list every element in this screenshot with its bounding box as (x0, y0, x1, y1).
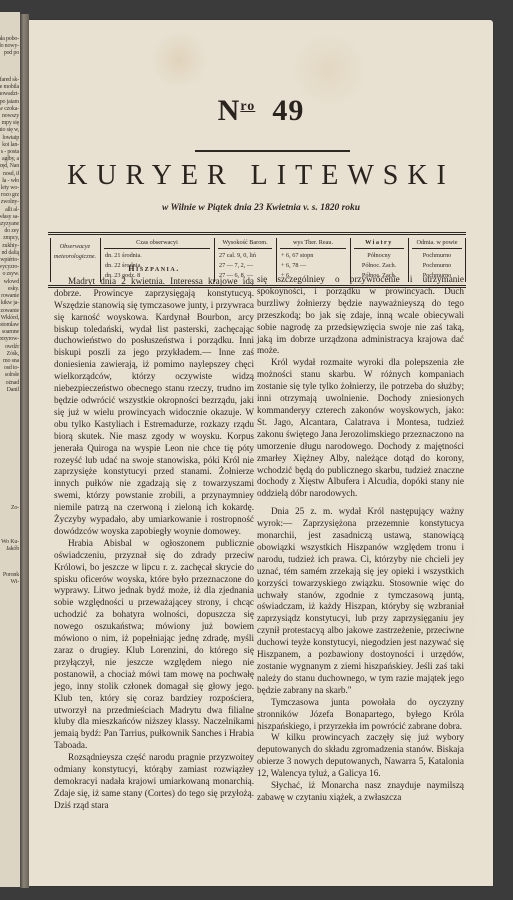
col-header: Czas obserwacyi (104, 238, 210, 249)
table-cell: Północ. Zach. (351, 261, 407, 271)
prev-page-text-fragment: fared sk- ie mobila nowadzt- spo jaiam w… (0, 77, 19, 394)
article-paragraph: się szczególniey o przywrócenie i utrzym… (257, 274, 464, 357)
book-gutter (20, 14, 29, 888)
col-header: Odmia. w powie (412, 238, 462, 249)
issue-number: Nro 49 (29, 94, 493, 128)
prev-page-text-fragment: Poronk Wi- (3, 572, 19, 586)
section-heading: Hiszpania. (54, 263, 254, 275)
col-header: Wiatry (354, 238, 404, 249)
article-paragraph: W kilku prowincyach zaczęły się już wybo… (257, 732, 464, 780)
article-paragraph: Słychać, iż Monarcha nasz znayduje naymi… (257, 780, 464, 804)
table-cell: + 6, 78 — (277, 261, 349, 271)
table-cell: Pochmurno (409, 251, 465, 261)
dateline: w Wilnie w Piątek dnia 23 Kwietnia v. s.… (29, 203, 493, 213)
masthead-rule (195, 150, 350, 152)
article-paragraph: Król wydał rozmaite wyroki dla polepszen… (257, 357, 464, 500)
article-paragraph: Dnia 25 z. m. wydał Król następujący waż… (257, 506, 464, 697)
prev-page-text-fragment: ała pobo- do nowy- pod po (0, 36, 19, 58)
table-cell: Północny (351, 251, 407, 261)
newspaper-title: KURYER LITEWSKI (29, 160, 493, 192)
number-sup: ro (240, 99, 255, 114)
article-column-right: się szczególniey o przywrócenie i utrzym… (257, 274, 464, 804)
article-paragraph: Madryt dnia 2 kwietnia. Interessa krajow… (54, 276, 254, 538)
prev-page-text-fragment: Zo- (11, 505, 19, 512)
prev-page-text-fragment: Wo Ku- Jakób (1, 539, 19, 553)
article-paragraph: Rozsądnieysza część narodu pragnie przyz… (54, 752, 254, 812)
article-paragraph: Hrabia Abisbal w ogłoszonem publicznie o… (54, 538, 254, 752)
article-column-left: Hiszpania. Madryt dnia 2 kwietnia. Inter… (54, 263, 254, 812)
newspaper-page: Nro 49 KURYER LITEWSKI w Wilnie w Piątek… (29, 20, 493, 886)
article-paragraph: Tymczasowa junta powołała do oyczyzny st… (257, 697, 464, 733)
col-header: Wysokość Barom. (218, 238, 272, 249)
table-cell: dn. 21 środnia. (101, 251, 213, 261)
previous-page-edge: ała pobo- do nowy- pod po fared sk- ie m… (0, 12, 20, 887)
table-cell: 27 cal. 9, 0, liń (215, 251, 275, 261)
number-prefix: N (218, 94, 241, 127)
number-value: 49 (272, 94, 304, 127)
col-header: wys Ther. Reau. (280, 238, 346, 249)
table-cell: + 6, 67 stopn (277, 251, 349, 261)
meteo-label: Obserwacye meteorologiczne. (51, 238, 99, 262)
table-cell: Pochmurno (409, 261, 465, 271)
